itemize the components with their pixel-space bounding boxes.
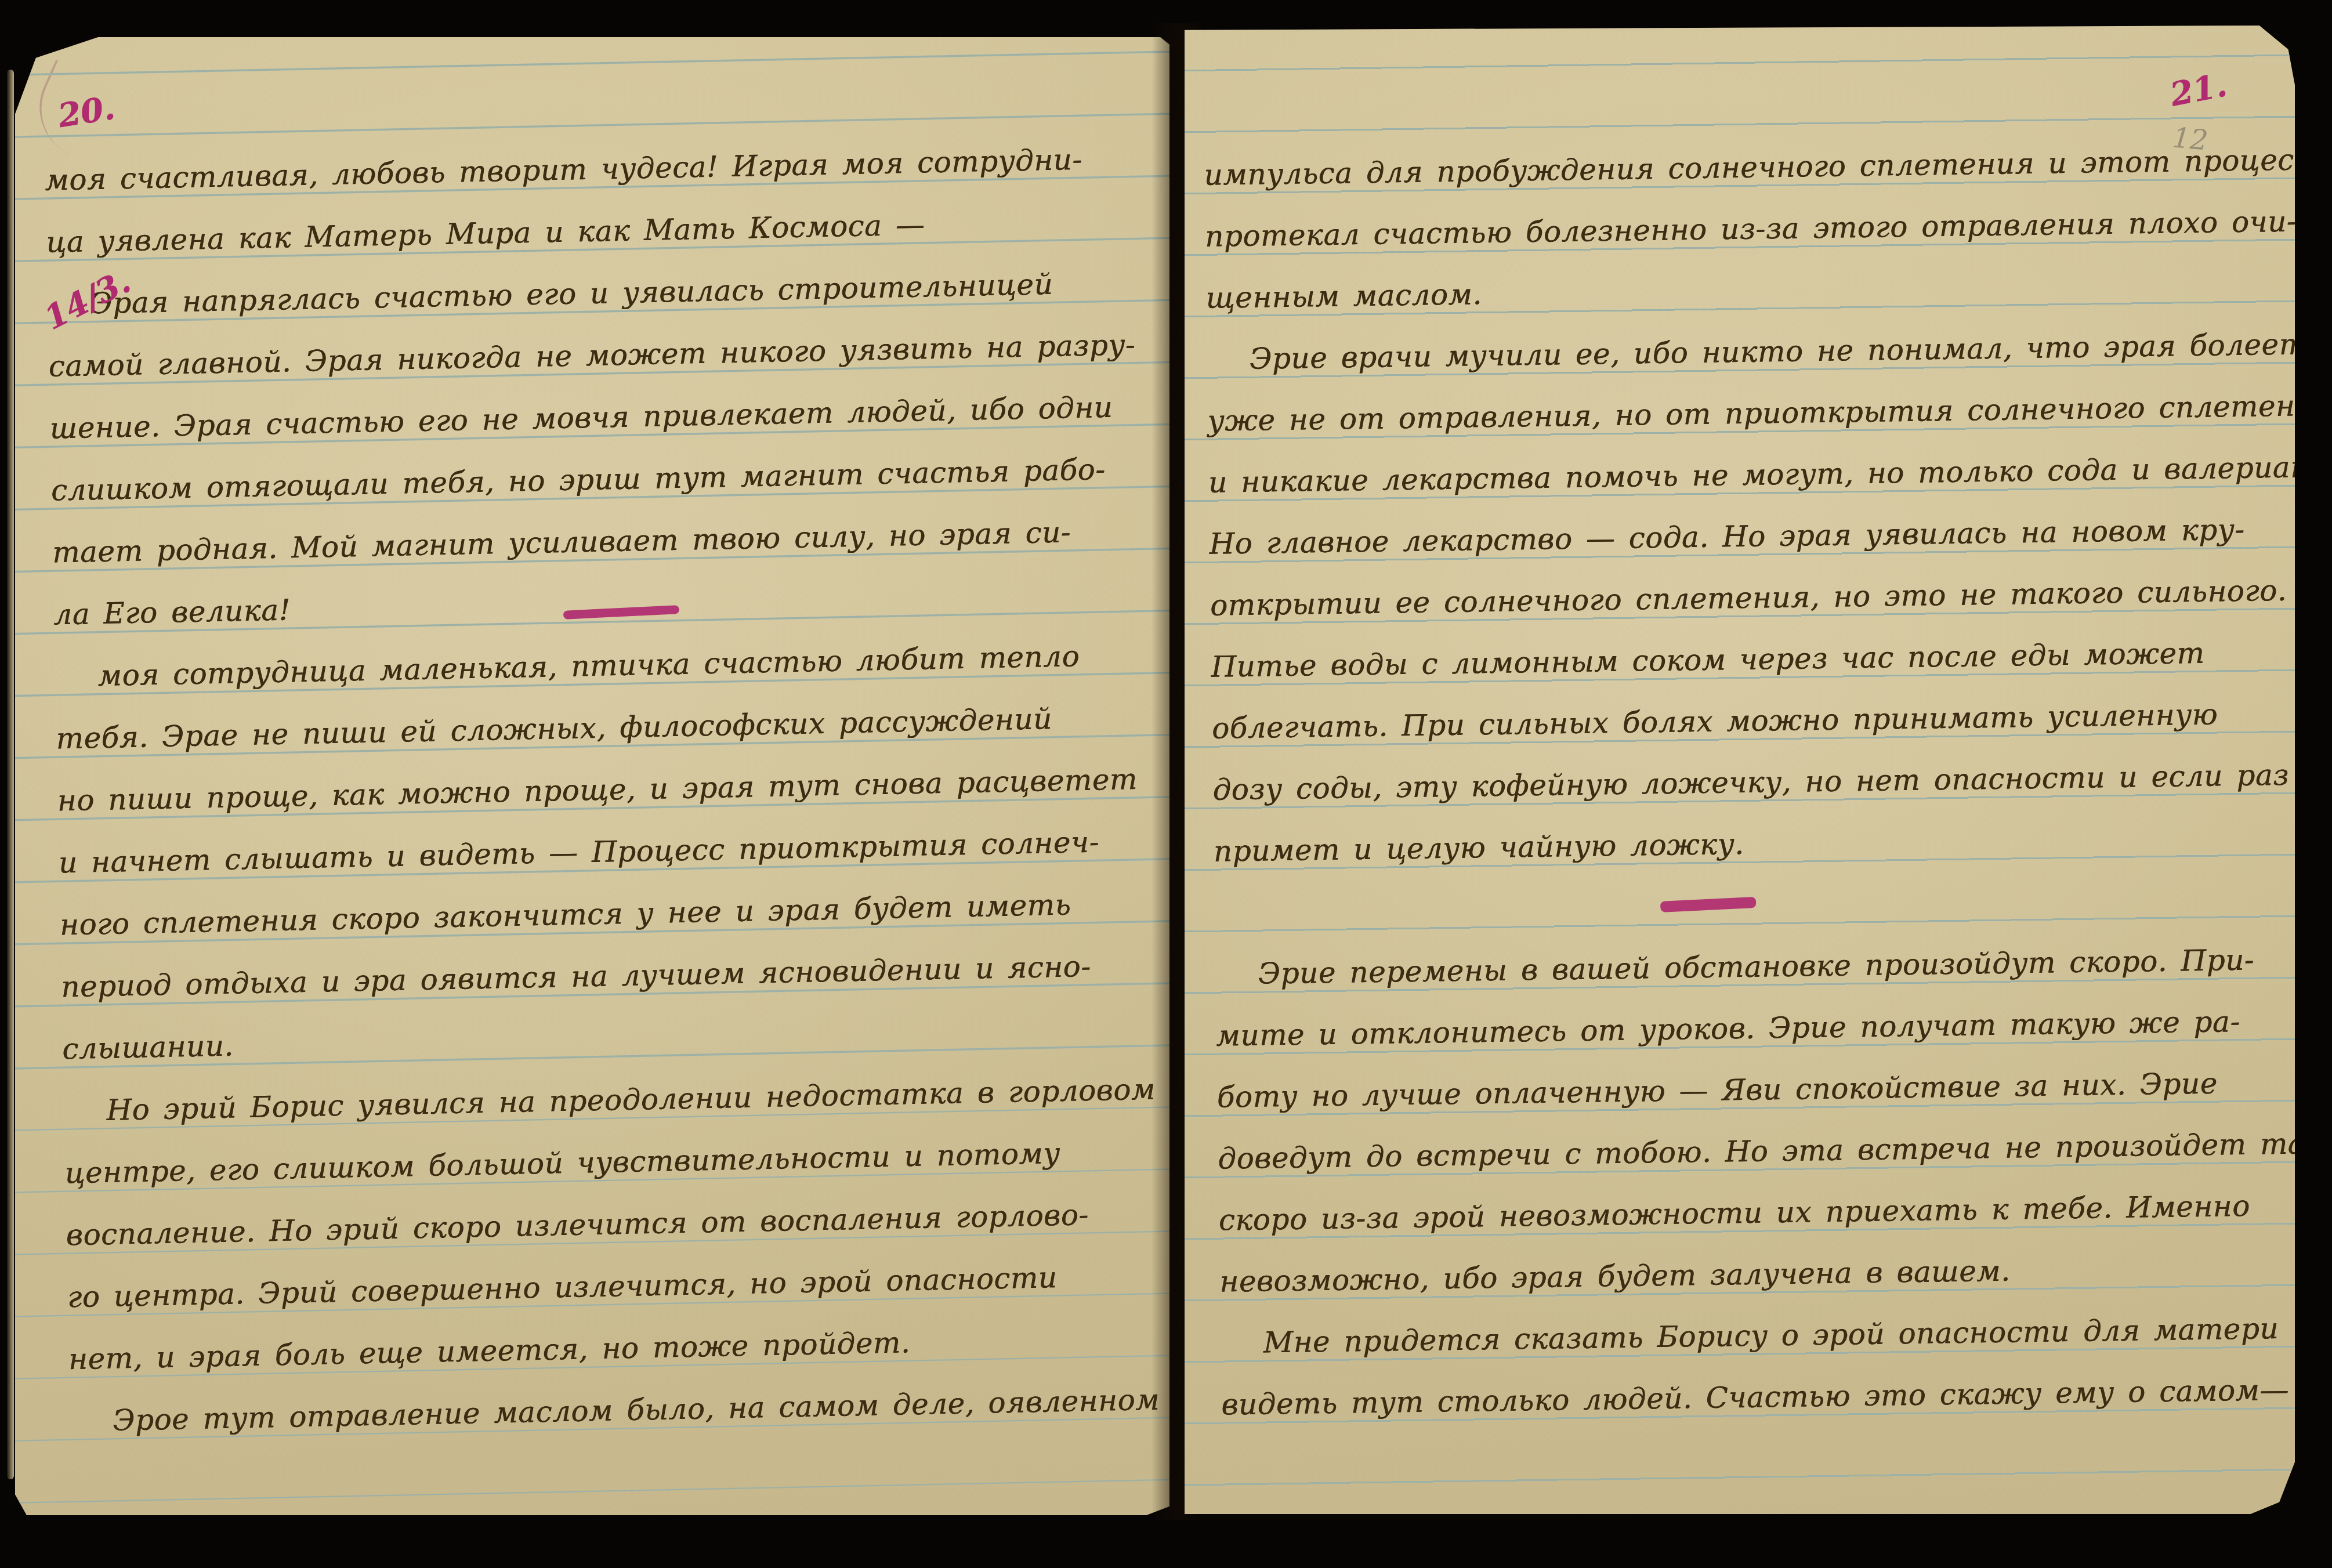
handwritten-text: невозможно, ибо эрая будет залучена в ва…: [1219, 1254, 2011, 1299]
handwritten-text: ла Его велика!: [53, 593, 291, 631]
magenta-dash-mark: [1660, 897, 1757, 912]
pencil-page-note: 12: [2171, 121, 2210, 157]
right-page-text: импульса для пробуждения солнечного спле…: [1204, 120, 2295, 1426]
handwritten-text: щенным маслом.: [1205, 277, 1482, 315]
left-page-text: моя счастливая, любовь творит чудеса! Иг…: [44, 118, 1169, 1443]
manuscript-scan: { "document": { "kind": "handwritten dia…: [0, 0, 2332, 1568]
left-page-writing-area: моя счастливая, любовь творит чудеса! Иг…: [15, 37, 1169, 1515]
left-page: моя счастливая, любовь творит чудеса! Иг…: [15, 37, 1169, 1515]
handwritten-text: слышании.: [62, 1029, 234, 1066]
right-page: импульса для пробуждения солнечного спле…: [1185, 26, 2295, 1514]
handwritten-text: примет и целую чайную ложку.: [1213, 827, 1744, 868]
magenta-dash-mark: [563, 605, 679, 620]
page-stack-edge: [7, 70, 14, 1479]
right-page-writing-area: импульса для пробуждения солнечного спле…: [1185, 26, 2295, 1514]
